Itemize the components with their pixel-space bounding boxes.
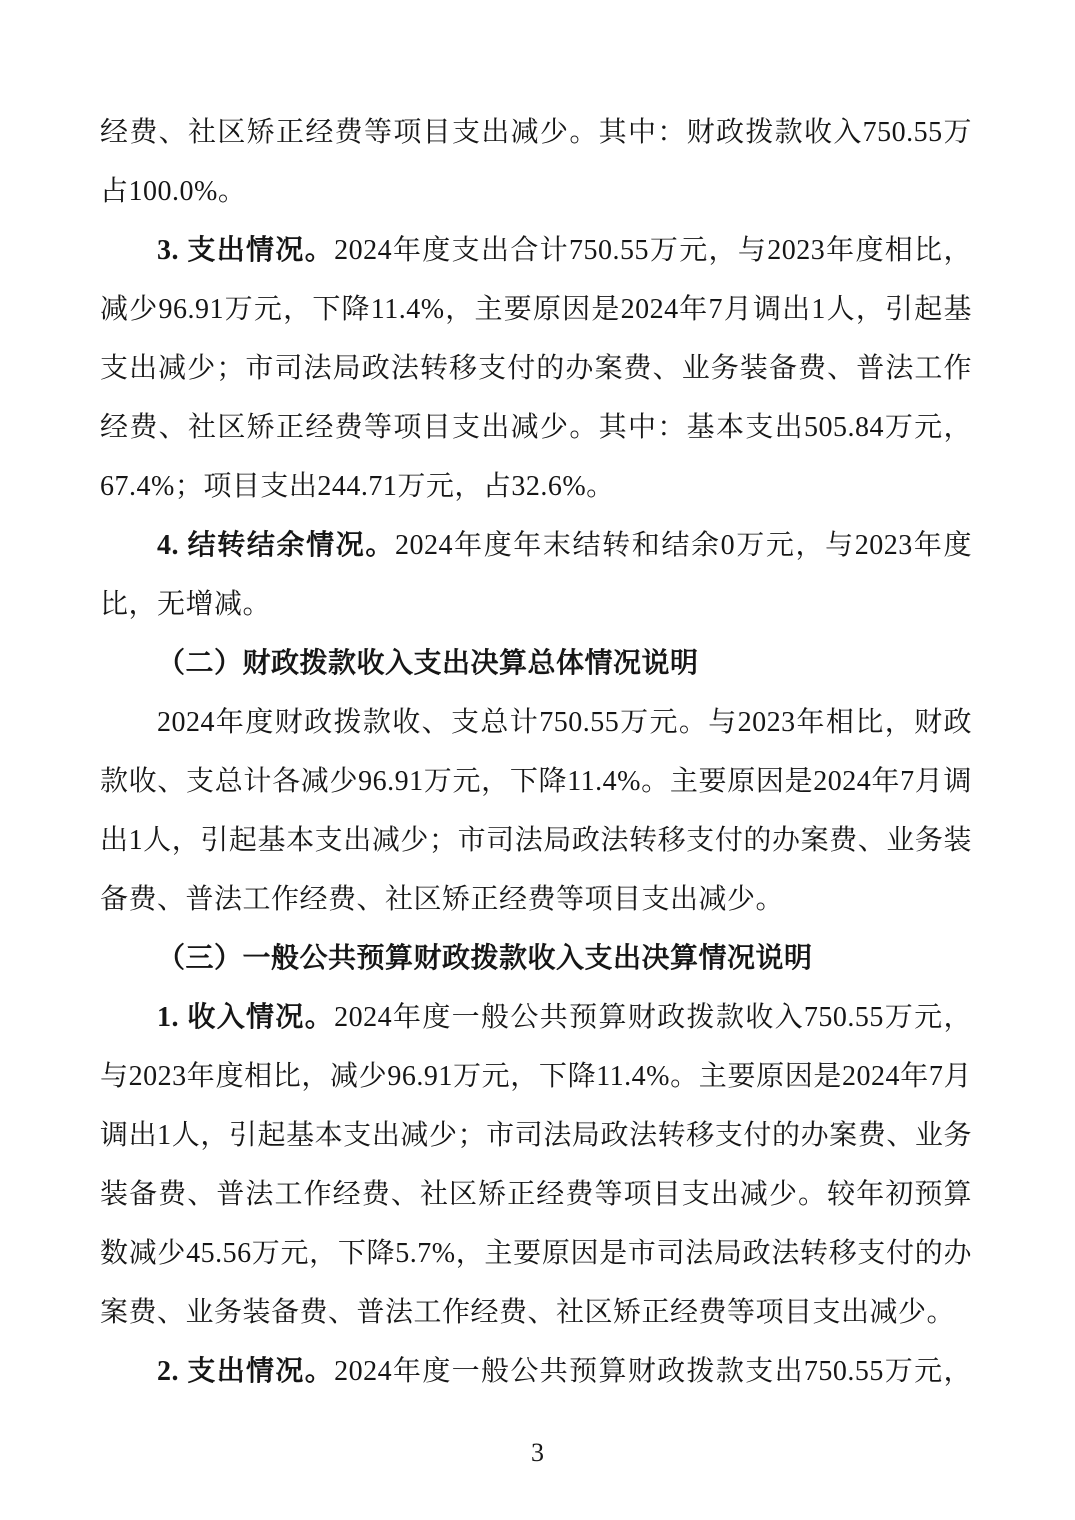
text-line: 出1人，引起基本支出减少；市司法局政法转移支付的办案费、业务装 [100,811,972,870]
line-text: 67.4%；项目支出244.71万元，占32.6%。 [100,471,615,502]
document-page: 经费、社区矫正经费等项目支出减少。其中：财政拨款收入750.55万元， 占100… [0,0,1075,1520]
text-line: 67.4%；项目支出244.71万元，占32.6%。 [100,457,972,516]
section-heading-line: （二）财政拨款收入支出决算总体情况说明 [100,634,972,693]
text-line: 占100.0%。 [100,162,972,221]
page-number: 3 [0,1426,1075,1480]
line-text: 经费、社区矫正经费等项目支出减少。其中：基本支出505.84万元，占 [100,412,972,457]
para-heading-label: 4. 结转结余情况。 [157,530,395,561]
para-heading-label: 3. 支出情况。 [157,235,334,266]
line-text: 经费、社区矫正经费等项目支出减少。其中：财政拨款收入750.55万元， [100,117,972,162]
para-heading-line: 4. 结转结余情况。2024年度年末结转和结余0万元，与2023年度相 [100,516,972,575]
text-line: 经费、社区矫正经费等项目支出减少。其中：财政拨款收入750.55万元， [100,103,972,162]
line-text: 2024年度一般公共预算财政拨款收入750.55万元， [334,1002,972,1033]
text-line: 2024年度财政拨款收、支总计750.55万元。与2023年相比，财政拨 [100,693,972,752]
section-heading-label: （三）一般公共预算财政拨款收入支出决算情况说明 [157,943,813,974]
line-text: 调出1人，引起基本支出减少；市司法局政法转移支付的办案费、业务 [100,1120,972,1151]
text-line: 装备费、普法工作经费、社区矫正经费等项目支出减少。较年初预算 [100,1165,972,1224]
section-heading-label: （二）财政拨款收入支出决算总体情况说明 [157,648,699,679]
section-heading-line: （三）一般公共预算财政拨款收入支出决算情况说明 [100,929,972,988]
text-block: 经费、社区矫正经费等项目支出减少。其中：财政拨款收入750.55万元， 占100… [100,103,972,1401]
text-line: 调出1人，引起基本支出减少；市司法局政法转移支付的办案费、业务 [100,1106,972,1165]
text-line: 经费、社区矫正经费等项目支出减少。其中：基本支出505.84万元，占 [100,398,972,457]
text-line: 数减少45.56万元，下降5.7%，主要原因是市司法局政法转移支付的办 [100,1224,972,1283]
para-heading-label: 1. 收入情况。 [157,1002,334,1033]
line-text: 案费、业务装备费、普法工作经费、社区矫正经费等项目支出减少。 [100,1297,955,1328]
line-text: 款收、支总计各减少96.91万元，下降11.4%。主要原因是2024年7月调 [100,766,972,797]
text-line: 备费、普法工作经费、社区矫正经费等项目支出减少。 [100,870,972,929]
line-text: 比，无增减。 [100,589,271,620]
line-text: 支出减少；市司法局政法转移支付的办案费、业务装备费、普法工作 [100,353,972,384]
para-heading-line: 3. 支出情况。2024年度支出合计750.55万元，与2023年度相比， [100,221,972,280]
line-text: 与2023年度相比，减少96.91万元，下降11.4%。主要原因是2024年7月 [100,1061,972,1092]
line-text: 装备费、普法工作经费、社区矫正经费等项目支出减少。较年初预算 [100,1179,972,1210]
text-line: 案费、业务装备费、普法工作经费、社区矫正经费等项目支出减少。 [100,1283,972,1342]
line-text: 减少96.91万元，下降11.4%，主要原因是2024年7月调出1人，引起基本 [100,294,972,339]
line-text: 数减少45.56万元，下降5.7%，主要原因是市司法局政法转移支付的办 [100,1238,972,1269]
line-text: 2024年度一般公共预算财政拨款支出750.55万元， [334,1356,972,1387]
line-text: 2024年度支出合计750.55万元，与2023年度相比， [334,235,972,266]
para-heading-label: 2. 支出情况。 [157,1356,334,1387]
text-line: 款收、支总计各减少96.91万元，下降11.4%。主要原因是2024年7月调 [100,752,972,811]
text-line: 支出减少；市司法局政法转移支付的办案费、业务装备费、普法工作 [100,339,972,398]
line-text: 占100.0%。 [100,176,246,207]
text-line: 减少96.91万元，下降11.4%，主要原因是2024年7月调出1人，引起基本 [100,280,972,339]
para-heading-line: 1. 收入情况。2024年度一般公共预算财政拨款收入750.55万元， [100,988,972,1047]
para-heading-line: 2. 支出情况。2024年度一般公共预算财政拨款支出750.55万元， [100,1342,972,1401]
text-line: 比，无增减。 [100,575,972,634]
line-text: 2024年度财政拨款收、支总计750.55万元。与2023年相比，财政拨 [157,707,972,752]
line-text: 出1人，引起基本支出减少；市司法局政法转移支付的办案费、业务装 [100,825,972,856]
text-line: 与2023年度相比，减少96.91万元，下降11.4%。主要原因是2024年7月 [100,1047,972,1106]
line-text: 备费、普法工作经费、社区矫正经费等项目支出减少。 [100,884,784,915]
